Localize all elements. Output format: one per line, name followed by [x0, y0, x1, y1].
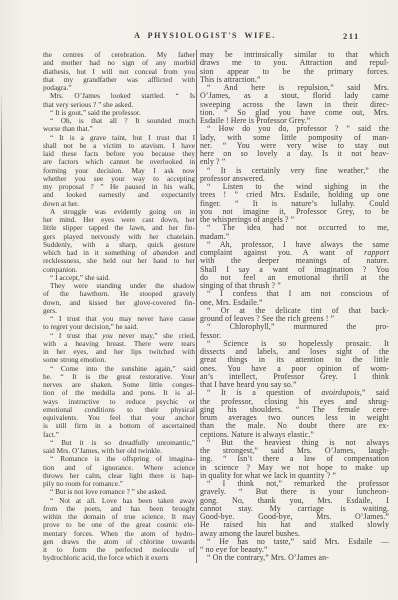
- text-line: pily no room for romance.”: [43, 480, 195, 488]
- text-line: my proposal ? ” He paused in his walk,: [43, 183, 195, 191]
- text-line: throws her calm, clear light there is ha…: [43, 472, 195, 480]
- text-line: Mrs. O’James looked startled. “ Is: [43, 92, 195, 100]
- text-line: professor answered.: [200, 175, 389, 183]
- text-line: brum averages two ounces less in weight: [200, 414, 389, 422]
- text-line: ways instructive to reduce psychic or: [43, 398, 195, 406]
- text-line: He raised his hat and stalked slowly: [200, 521, 389, 529]
- text-line: in science ? May we not hope to make up: [200, 464, 389, 472]
- text-line: “ But it is so dreadfully unromantic,”: [43, 439, 195, 447]
- text-line: fact.”: [43, 431, 195, 439]
- text-line: “ And here is repulsion,” said Mrs.: [200, 84, 389, 92]
- book-page: A PHYSIOLOGIST'S WIFE. 211 the centres o…: [0, 0, 398, 600]
- text-line: tion. “ So glad you have come out, Mrs.: [200, 109, 389, 117]
- text-line: Esdaile ! Here is Professor Grey.”: [200, 117, 389, 125]
- text-line: singing of that thrush ? ”: [200, 282, 389, 290]
- text-line: cannot stay. My carriage is waiting.: [200, 505, 389, 513]
- text-line: Good-bye. Good-bye, Mrs. O’James.”: [200, 513, 389, 521]
- text-line: A struggle was evidently going on in: [43, 208, 195, 216]
- text-line: diathesis, but I will not conceal from y…: [43, 68, 195, 76]
- text-line: with the deeper meanings of nature.: [200, 257, 389, 265]
- page-number: 211: [343, 31, 360, 41]
- text-line: trees ! ” cried Mrs. Esdaile, holding up…: [200, 191, 389, 199]
- text-line: some strong emotion.: [43, 356, 195, 364]
- text-line: here on so lovely a day. Is it not heav-: [200, 150, 389, 158]
- text-line: “ Ah, professor, I have always the same: [200, 241, 389, 249]
- text-line: dissects and labels, and loses sight of …: [200, 348, 389, 356]
- text-line: complaint against you. A want of rapport: [200, 249, 389, 257]
- text-line: ing. “ Isn’t there a law of compensation: [200, 455, 389, 463]
- text-line: “ I accept,” she said.: [43, 274, 195, 282]
- text-line: “ Chlorophyll,” murmured the pro-: [200, 323, 389, 331]
- text-line: great things in its attention to the lit…: [200, 356, 389, 364]
- text-line: and looked earnestly and expectantly: [43, 191, 195, 199]
- text-line: in her eyes, and her lips twitched with: [43, 348, 195, 356]
- text-line: gers.: [43, 307, 195, 315]
- text-line: finger. “ It is nature’s lullaby. Could: [200, 200, 389, 208]
- text-line: “ Or at the delicate tint of that back-: [200, 307, 389, 315]
- column-divider: [196, 50, 197, 563]
- column-right: may be intrinsically similar to that whi…: [200, 51, 389, 563]
- text-line: gravely. “ But there is your luncheon-: [200, 488, 389, 496]
- text-line: with a heaving breast. There were tears: [43, 340, 195, 348]
- text-line: of the hawthorn. He stooped gravely: [43, 290, 195, 298]
- text-line: than the male. No doubt there are ex-: [200, 422, 389, 430]
- text-line: “ I trust that you never may,” she cried…: [43, 332, 195, 340]
- text-line: madam.”: [200, 233, 389, 241]
- text-line: Shall I say a want of imagination ? You: [200, 266, 389, 274]
- text-line: “ Listen to the wind sighing in the: [200, 183, 389, 191]
- text-line: This is attraction.”: [200, 76, 389, 84]
- text-line: “ He has no taste,” said Mrs. Esdaile —: [200, 538, 389, 546]
- text-line: do not feel an emotional thrill at the: [200, 274, 389, 282]
- scan-edge-artifact: [1, 90, 2, 545]
- running-header-title: A PHYSIOLOGIST'S WIFE.: [134, 31, 276, 40]
- text-line: enly ? ”: [200, 158, 389, 166]
- text-line: that very serious ? ” she asked.: [43, 101, 195, 109]
- text-line: said Mrs. O’James, with her old twinkle.: [43, 447, 195, 455]
- text-line: and mother had no sign of any morbid: [43, 59, 195, 67]
- text-line: her mind. Her eyes were cast down, her: [43, 216, 195, 224]
- text-line: from the poets, and has been brought: [43, 505, 195, 513]
- text-line: shall not be a victim to atavism. I have: [43, 142, 195, 150]
- column-left: the centres of cerebration. My fatherand…: [43, 51, 195, 563]
- text-line: it to form the perfected molecule of: [43, 546, 195, 554]
- text-line: within the domain of true science. It ma…: [43, 513, 195, 521]
- text-line: “ Oh, is that all ? It sounded much: [43, 117, 195, 125]
- text-line: “ Not at all. Love has been taken away: [43, 497, 195, 505]
- text-line: “ Romance is the offspring of imagina-: [43, 455, 195, 463]
- text-line: “ It is gout,” said the professor.: [43, 109, 195, 117]
- text-line: “ It is a question of avoirdupois,” said: [200, 389, 389, 397]
- text-line: ground of leaves ? See the rich greens !…: [200, 315, 389, 323]
- text-line: ging his shoulders. “ The female cere-: [200, 406, 389, 414]
- text-line: down, and kissed her glove-covered fin-: [43, 299, 195, 307]
- text-line: to regret your decision,” he said.: [43, 323, 195, 331]
- text-line: recklessness, she held out her hand to h…: [43, 257, 195, 265]
- text-line: companion.: [43, 266, 195, 274]
- text-line: forming your decision. May I ask now: [43, 167, 195, 175]
- text-line: the professor, closing his eyes and shru…: [200, 398, 389, 406]
- text-line: prove to be one of the great cosmic ele-: [43, 521, 195, 529]
- text-line: “ Come into the sunshine again,” said: [43, 365, 195, 373]
- text-line: one, Mrs. Esdaile.”: [200, 299, 389, 307]
- text-line: worse than that.”: [43, 125, 195, 133]
- text-line: “ The idea had not occurred to me,: [200, 224, 389, 232]
- text-line: podagra.”: [43, 84, 195, 92]
- text-line: ner. “ You were very wise to stay out: [200, 142, 389, 150]
- text-line: you not imagine it, Professor Grey, to b…: [200, 208, 389, 216]
- text-line: ones. You have a poor opinion of wom-: [200, 365, 389, 373]
- text-line: draws me to you. Attraction and repul-: [200, 59, 389, 67]
- text-line: “ no eye for beauty.”: [200, 546, 389, 554]
- text-line: that my grandfather was afflicted with: [43, 76, 195, 84]
- text-line: “ How do you do, professor ? ” said the: [200, 125, 389, 133]
- text-line: that I have heard you say so.”: [200, 381, 389, 389]
- text-line: hydrochloric acid, the force which it ex…: [43, 554, 195, 562]
- text-line: sweeping across the lawn in their direc-: [200, 101, 389, 109]
- text-line: mentary forces. When the atom of hydro-: [43, 530, 195, 538]
- text-line: fessor.: [200, 332, 389, 340]
- text-line: emotional conditions to their physical: [43, 406, 195, 414]
- text-line: O’James, as a stout, florid lady came: [200, 92, 389, 100]
- text-line: tion and of ignorance. Where science: [43, 464, 195, 472]
- text-line: gen draws the atom of chlorine towards: [43, 538, 195, 546]
- text-line: in quality for what we lack in quantity …: [200, 472, 389, 480]
- text-line: an’s intellect, Professor Grey. I think: [200, 373, 389, 381]
- text-line: equivalents. You feel that your anchor: [43, 414, 195, 422]
- text-line: lady, with some little pomposity of man-: [200, 134, 389, 142]
- text-line: may be intrinsically similar to that whi…: [200, 51, 389, 59]
- text-line: little slipper tapped the lawn, and her …: [43, 224, 195, 232]
- text-line: They were standing under the shadow: [43, 282, 195, 290]
- text-line: he. “ It is the great restorative. Your: [43, 373, 195, 381]
- text-line: “ But the heaviest thing is not always: [200, 439, 389, 447]
- text-line: nerves are shaken. Some little conges-: [43, 381, 195, 389]
- text-line: is still firm in a bottom of ascertained: [43, 422, 195, 430]
- text-line: “ It is certainly very fine weather,” th…: [200, 167, 389, 175]
- text-line: “ I think not,” remarked the professor: [200, 480, 389, 488]
- text-line: which had in it something of abandon and: [43, 249, 195, 257]
- text-line: gers played nervously with her chatelain…: [43, 233, 195, 241]
- text-line: tion of the medulla and pons. It is al-: [43, 389, 195, 397]
- text-line: “ I confess that I am not conscious of: [200, 290, 389, 298]
- text-line: the whisperings of angels ? ”: [200, 216, 389, 224]
- text-line: “ But is not love romance ? ” she asked.: [43, 488, 195, 496]
- text-line: are factors which cannot be overlooked i…: [43, 158, 195, 166]
- text-line: the centres of cerebration. My father: [43, 51, 195, 59]
- text-line: “ On the contrary,” Mrs. O’James an-: [200, 554, 389, 562]
- text-line: “ I trust that you may never have cause: [43, 315, 195, 323]
- text-line: down at her.: [43, 200, 195, 208]
- text-line: “ It is a grave taint, but I trust that …: [43, 134, 195, 142]
- text-line: laid these facts before you because they: [43, 150, 195, 158]
- text-line: “ Science is so hopelessly prosaic. It: [200, 340, 389, 348]
- text-line: gong. No, thank you, Mrs. Esdaile, I: [200, 497, 389, 505]
- text-line: whether you see your way to accepting: [43, 175, 195, 183]
- text-line: ceptions. Nature is always elastic.”: [200, 431, 389, 439]
- text-line: the strongest,” said Mrs. O’James, laugh…: [200, 447, 389, 455]
- text-line: Suddenly, with a sharp, quick gesture: [43, 241, 195, 249]
- text-line: away among the laurel bushes.: [200, 530, 389, 538]
- text-line: sion appear to be the primary forces.: [200, 68, 389, 76]
